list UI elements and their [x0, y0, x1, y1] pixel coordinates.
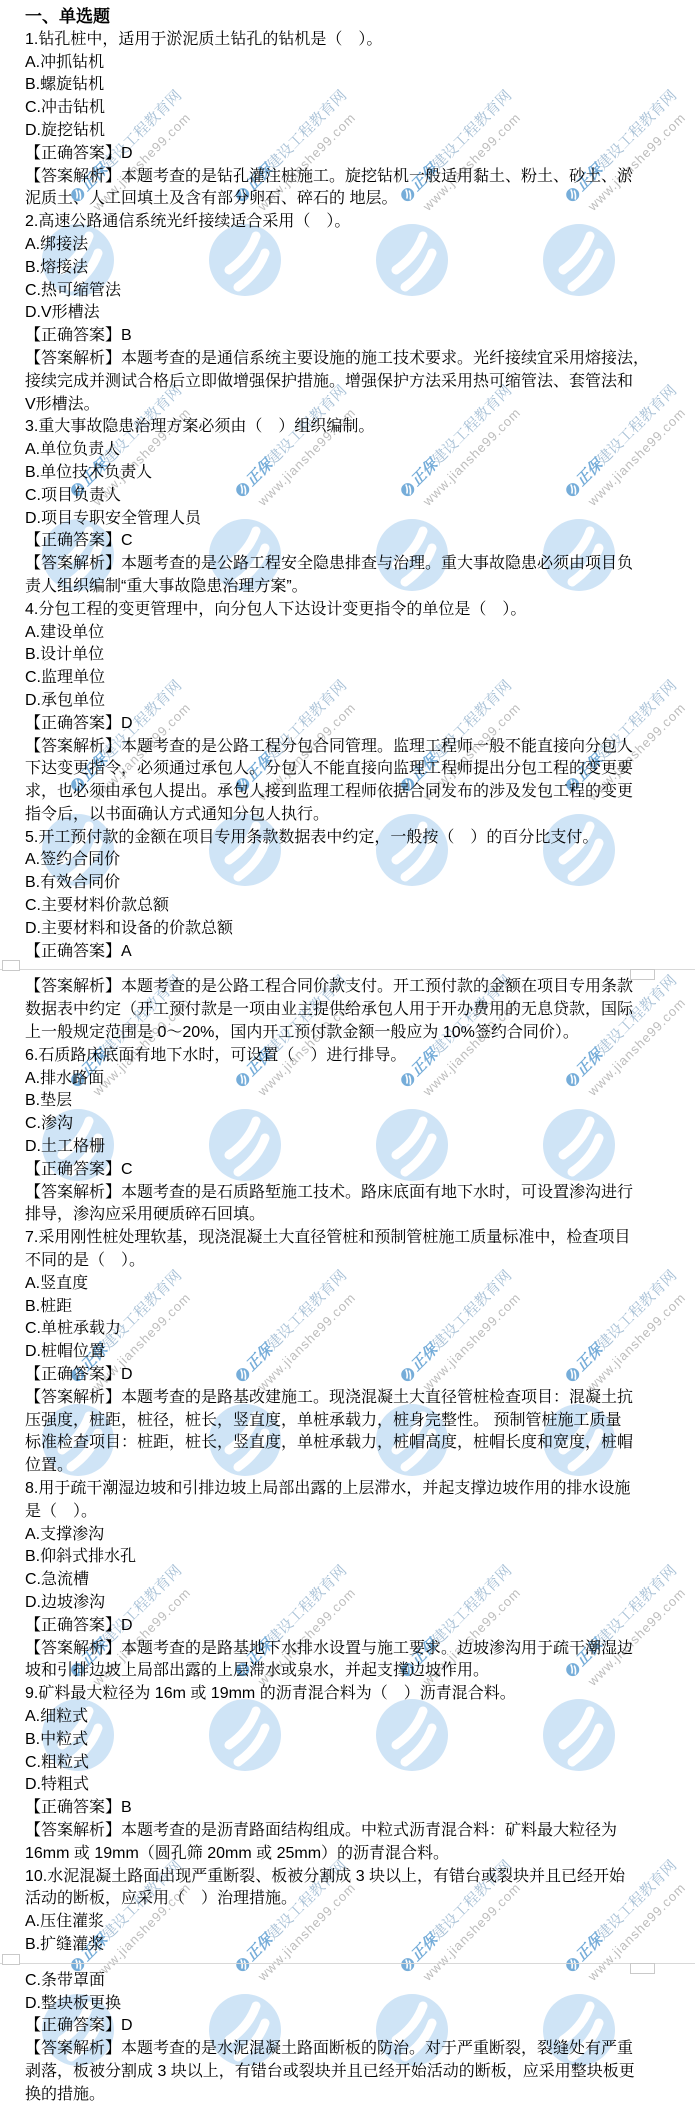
correct-answer-value: D	[121, 2017, 133, 2034]
analysis-line: 16mm 或 19mm（圆孔筛 20mm 或 25mm）的沥青混合料。	[25, 1843, 685, 1866]
analysis-line: 排导，渗沟应采用硬质碎石回填。	[25, 1204, 685, 1227]
question-stem-line: 1.钻孔桩中，适用于淤泥质土钻孔的钻机是（ ）。	[25, 29, 685, 52]
option-item: C.监理单位	[25, 667, 685, 690]
analysis-line: 【答案解析】本题考查的是路基地下水排水设置与施工要求。边坡渗沟用于疏干潮湿边	[25, 1638, 685, 1661]
option-item: A.签约合同价	[25, 849, 685, 872]
page-break-left-handle	[2, 1954, 20, 1965]
option-item: A.支撑渗沟	[25, 1524, 685, 1547]
option-item: A.单位负责人	[25, 439, 685, 462]
correct-answer-line: 【正确答案】D	[25, 143, 685, 166]
page-break-line	[0, 1963, 695, 1964]
exam-document-page: { "heading": "一、单选题", "labels": { "corre…	[0, 0, 695, 2101]
correct-answer-line: 【正确答案】B	[25, 1797, 685, 1820]
correct-answer-line: 【正确答案】A	[25, 941, 685, 964]
correct-answer-value: D	[121, 145, 133, 162]
option-item: D.土工格栅	[25, 1136, 685, 1159]
analysis-line: 【答案解析】本题考查的是沥青路面结构组成。中粒式沥青混合料：矿料最大粒径为	[25, 1820, 685, 1843]
question-stem-line: 6.石质路床底面有地下水时，可设置（ ）进行排导。	[25, 1045, 685, 1068]
option-item: D.主要材料和设备的价款总额	[25, 918, 685, 941]
question-stem-line: 7.采用刚性桩处理软基，现浇混凝土大直径管桩和预制管桩施工质量标准中，检查项目	[25, 1227, 685, 1250]
analysis-line: 【答案解析】本题考查的是通信系统主要设施的施工技术要求。光纤接续宜采用熔接法，	[25, 348, 685, 371]
question-stem-line: 活动的断板，应采用（ ）治理措施。	[25, 1888, 685, 1911]
analysis-line: 求，也必须由承包人提出。承包人接到监理工程师依据合同发布的涉及发包工程的变更	[25, 781, 685, 804]
correct-answer-label: 【正确答案】	[25, 532, 121, 549]
analysis-line: 数据表中约定（开工预付款是一项由业主提供给承包人用于开办费用的无息贷款，国际	[25, 999, 685, 1022]
page-break-right-handle	[630, 969, 655, 980]
option-item: A.细粒式	[25, 1706, 685, 1729]
option-item: C.冲击钻机	[25, 97, 685, 120]
analysis-line: 标准检查项目：桩距，桩长，竖直度，单桩承载力，桩帽高度，桩帽长度和宽度，桩帽	[25, 1432, 685, 1455]
analysis-line: 【答案解析】本题考查的是路基改建施工。现浇混凝土大直径管桩检查项目：混凝土抗	[25, 1387, 685, 1410]
correct-answer-line: 【正确答案】B	[25, 325, 685, 348]
option-item: A.压住灌浆	[25, 1911, 685, 1934]
option-item: D.特粗式	[25, 1774, 685, 1797]
section-heading: 一、单选题	[25, 6, 685, 29]
option-item: B.中粒式	[25, 1729, 685, 1752]
option-item: B.设计单位	[25, 644, 685, 667]
correct-answer-label: 【正确答案】	[25, 715, 121, 732]
correct-answer-line: 【正确答案】C	[25, 530, 685, 553]
correct-answer-line: 【正确答案】C	[25, 1159, 685, 1182]
option-item: C.急流槽	[25, 1569, 685, 1592]
correct-answer-label: 【正确答案】	[25, 1617, 121, 1634]
analysis-line: 【答案解析】本题考查的是公路工程合同价款支付。开工预付款的金额在项目专用条款	[25, 976, 685, 999]
correct-answer-value: A	[121, 943, 132, 960]
document-content: 一、单选题 1.钻孔桩中，适用于淤泥质土钻孔的钻机是（ ）。A.冲抓钻机B.螺旋…	[25, 6, 685, 2101]
correct-answer-label: 【正确答案】	[25, 943, 121, 960]
correct-answer-line: 【正确答案】D	[25, 2015, 685, 2038]
option-item: B.螺旋钻机	[25, 74, 685, 97]
analysis-line: 【答案解析】本题考查的是水泥混凝土路面断板的防治。对于严重断裂，裂缝处有严重	[25, 2038, 685, 2061]
option-item: C.单桩承载力	[25, 1318, 685, 1341]
page-break-line	[0, 969, 695, 970]
option-item: C.项目负责人	[25, 485, 685, 508]
correct-answer-line: 【正确答案】D	[25, 1364, 685, 1387]
correct-answer-value: D	[121, 715, 133, 732]
page-break	[0, 1957, 695, 1970]
question-stem-line: 不同的是（ ）。	[25, 1250, 685, 1273]
question-stem-line: 8.用于疏干潮湿边坡和引排边坡上局部出露的上层滞水，并起支撑边坡作用的排水设施	[25, 1478, 685, 1501]
analysis-line: 责人组织编制“重大事故隐患治理方案”。	[25, 576, 685, 599]
correct-answer-label: 【正确答案】	[25, 2017, 121, 2034]
correct-answer-value: B	[121, 327, 132, 344]
option-item: A.排水路面	[25, 1068, 685, 1091]
option-item: C.热可缩管法	[25, 280, 685, 303]
option-item: D.项目专职安全管理人员	[25, 508, 685, 531]
analysis-line: 泥质土、人工回填土及含有部分卵石、碎石的 地层。	[25, 188, 685, 211]
analysis-line: 【答案解析】本题考查的是石质路堑施工技术。路床底面有地下水时，可设置渗沟进行	[25, 1182, 685, 1205]
correct-answer-line: 【正确答案】D	[25, 1615, 685, 1638]
option-item: D.旋挖钻机	[25, 120, 685, 143]
question-stem-line: 4.分包工程的变更管理中，向分包人下达设计变更指令的单位是（ ）。	[25, 599, 685, 622]
analysis-line: 下达变更指令，必须通过承包人。分包人不能直接向监理工程师提出分包工程的变更要	[25, 758, 685, 781]
correct-answer-value: D	[121, 1366, 133, 1383]
option-item: C.渗沟	[25, 1113, 685, 1136]
analysis-line: 剥落，板被分割成 3 块以上，有错台或裂块并且已经开始活动的断板，应采用整块板更	[25, 2061, 685, 2084]
option-item: B.单位技术负责人	[25, 462, 685, 485]
question-stem-line: 2.高速公路通信系统光纤接续适合采用（ ）。	[25, 211, 685, 234]
option-item: A.竖直度	[25, 1273, 685, 1296]
option-item: C.主要材料价款总额	[25, 895, 685, 918]
option-item: B.扩缝灌浆	[25, 1934, 685, 1957]
option-item: B.有效合同价	[25, 872, 685, 895]
analysis-line: 上一般规定范围是 0～20%，国内开工预付款金额一般应为 10%签约合同价）。	[25, 1022, 685, 1045]
option-item: D.V形槽法	[25, 302, 685, 325]
option-item: B.桩距	[25, 1296, 685, 1319]
page-break-left-handle	[2, 960, 20, 971]
option-item: A.绑接法	[25, 234, 685, 257]
option-item: D.整块板更换	[25, 1993, 685, 2016]
questions-container: 1.钻孔桩中，适用于淤泥质土钻孔的钻机是（ ）。A.冲抓钻机B.螺旋钻机C.冲击…	[25, 29, 685, 2101]
option-item: C.条带罩面	[25, 1970, 685, 1993]
question-stem-line: 9.矿料最大粒径为 16m 或 19mm 的沥青混合料为（ ）沥青混合料。	[25, 1683, 685, 1706]
option-item: D.边坡渗沟	[25, 1592, 685, 1615]
correct-answer-value: D	[121, 1617, 133, 1634]
question-stem-line: 3.重大事故隐患治理方案必须由（ ）组织编制。	[25, 416, 685, 439]
question-stem-line: 10.水泥混凝土路面出现严重断裂、板被分割成 3 块以上，有错台或裂块并且已经开…	[25, 1866, 685, 1889]
option-item: D.承包单位	[25, 690, 685, 713]
correct-answer-line: 【正确答案】D	[25, 713, 685, 736]
correct-answer-value: C	[121, 532, 133, 549]
option-item: C.粗粒式	[25, 1752, 685, 1775]
analysis-line: V形槽法。	[25, 394, 685, 417]
correct-answer-label: 【正确答案】	[25, 327, 121, 344]
option-item: B.垫层	[25, 1090, 685, 1113]
page-break	[0, 963, 695, 976]
question-stem-line: 是（ ）。	[25, 1501, 685, 1524]
question-stem-line: 5.开工预付款的金额在项目专用条款数据表中约定，一般按（ ）的百分比支付。	[25, 827, 685, 850]
correct-answer-value: B	[121, 1799, 132, 1816]
page-break-right-handle	[630, 1963, 655, 1974]
analysis-line: 【答案解析】本题考查的是公路工程分包合同管理。监理工程师一般不能直接向分包人	[25, 736, 685, 759]
analysis-line: 【答案解析】本题考查的是公路工程安全隐患排查与治理。重大事故隐患必须由项目负	[25, 553, 685, 576]
option-item: A.冲抓钻机	[25, 52, 685, 75]
analysis-line: 压强度，桩距，桩径，桩长，竖直度，单桩承载力，桩身完整性。 预制管桩施工质量	[25, 1410, 685, 1433]
correct-answer-label: 【正确答案】	[25, 145, 121, 162]
correct-answer-label: 【正确答案】	[25, 1161, 121, 1178]
analysis-line: 【答案解析】本题考查的是钻孔灌注桩施工。旋挖钻机一般适用黏土、粉土、砂土、淤	[25, 166, 685, 189]
analysis-line: 接续完成并测试合格后立即做增强保护措施。增强保护方法采用热可缩管法、套管法和	[25, 371, 685, 394]
option-item: A.建设单位	[25, 622, 685, 645]
option-item: B.熔接法	[25, 257, 685, 280]
correct-answer-label: 【正确答案】	[25, 1799, 121, 1816]
option-item: B.仰斜式排水孔	[25, 1546, 685, 1569]
option-item: D.桩帽位置	[25, 1341, 685, 1364]
analysis-line: 坡和引排边坡上局部出露的上层滞水或泉水，并起支撑边坡作用。	[25, 1660, 685, 1683]
analysis-line: 换的措施。	[25, 2084, 685, 2101]
analysis-line: 指令后，以书面确认方式通知分包人执行。	[25, 804, 685, 827]
correct-answer-value: C	[121, 1161, 133, 1178]
analysis-line: 位置。	[25, 1455, 685, 1478]
correct-answer-label: 【正确答案】	[25, 1366, 121, 1383]
